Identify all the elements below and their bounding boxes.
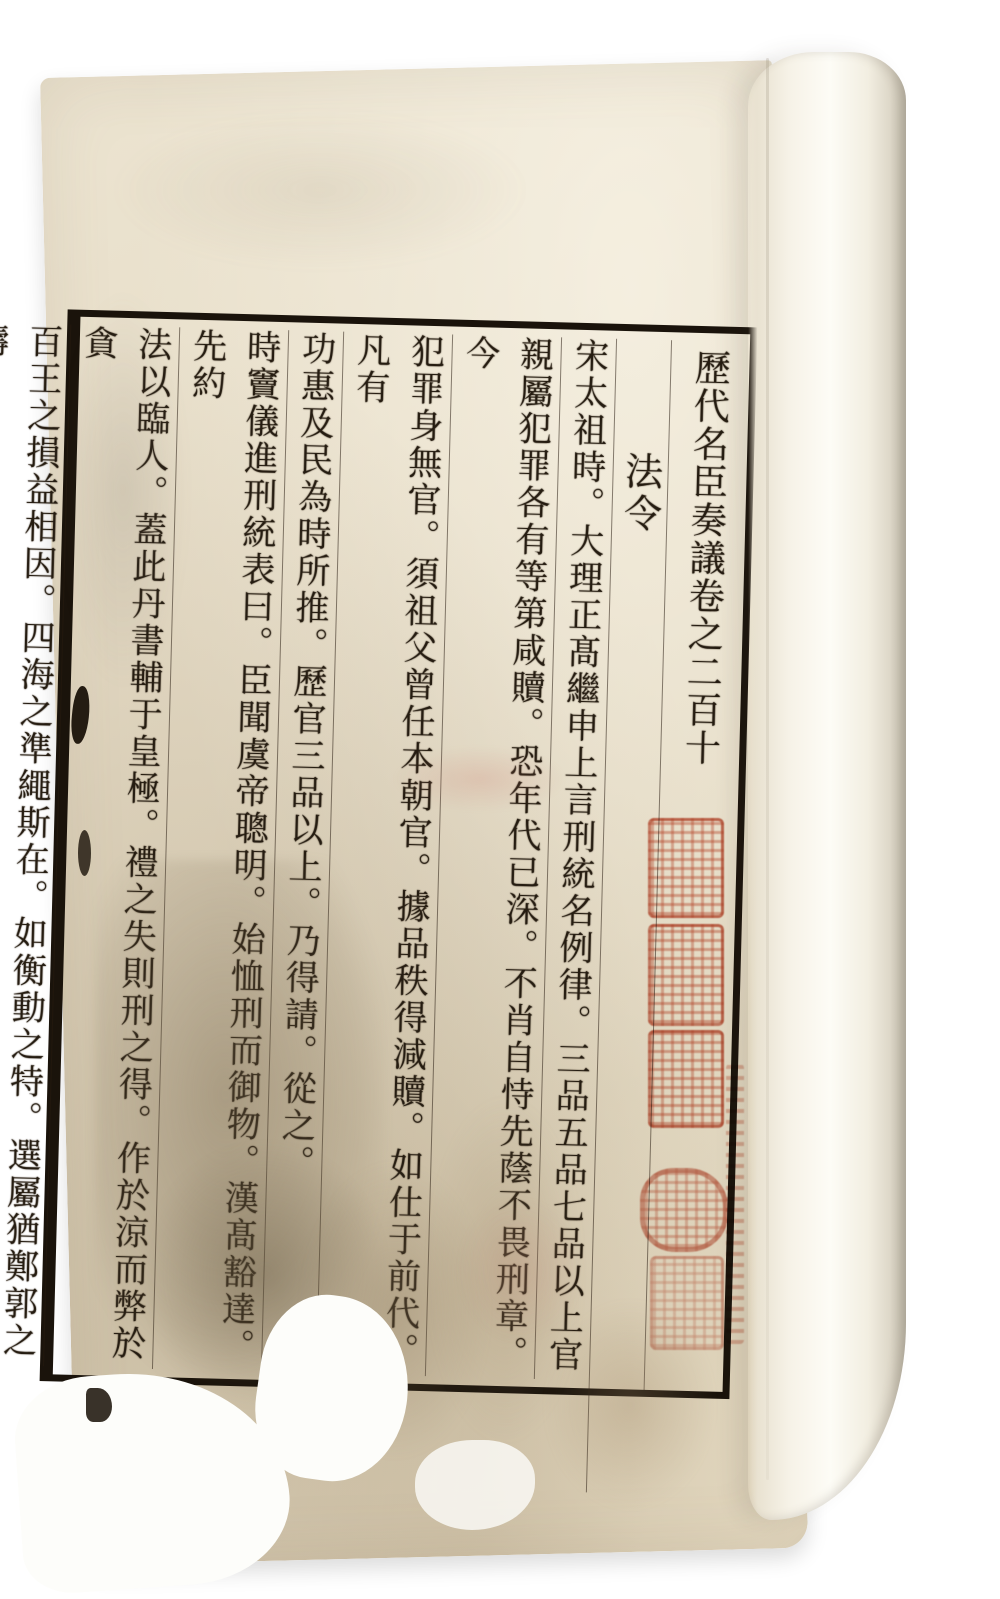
curl-crease [766, 58, 769, 1480]
collector-seal-4 [640, 1168, 728, 1252]
collector-seal-edge-fragment [726, 1064, 744, 1344]
collector-seal-1 [648, 818, 724, 918]
collector-seal-5 [650, 1256, 724, 1350]
collector-seal-3 [648, 1030, 724, 1128]
page-curl [748, 52, 906, 1520]
collector-seal-2 [648, 924, 724, 1026]
